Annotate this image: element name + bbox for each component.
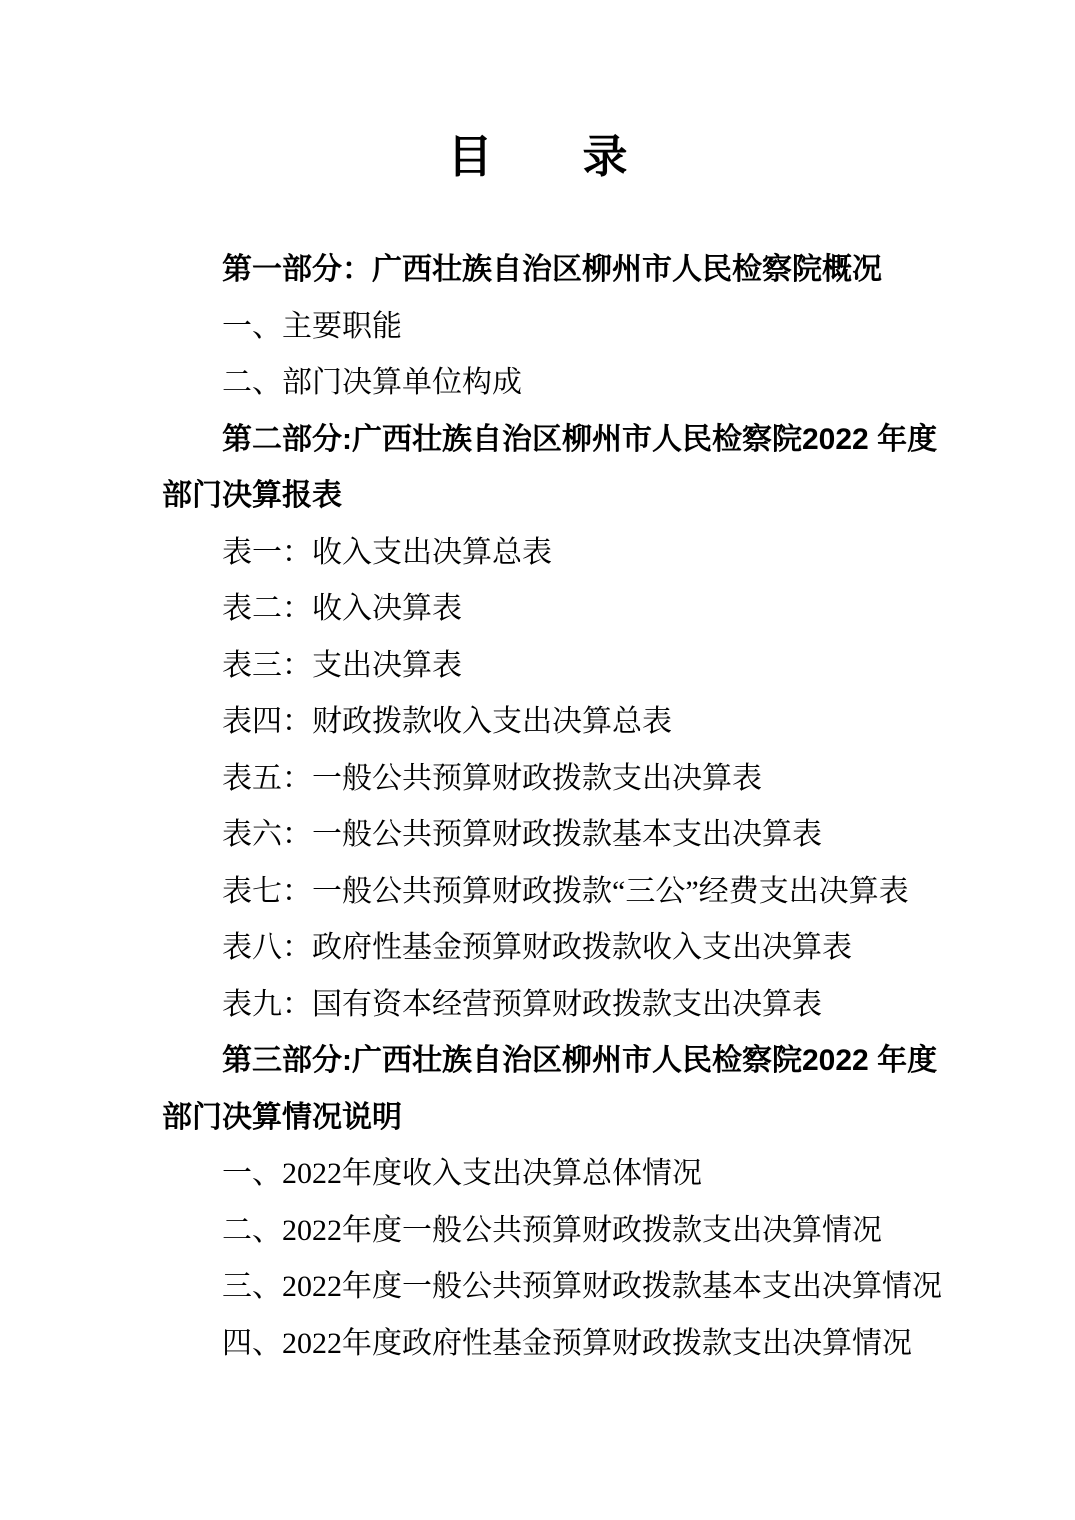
toc-line-table-6: 表六：一般公共预算财政拨款基本支出决算表: [162, 807, 917, 864]
page-title-char-2: 录: [583, 134, 628, 179]
toc-line-table-2: 表二：收入决算表: [162, 581, 917, 638]
toc-line-part2-heading-wrap: 部门决算报表: [162, 468, 917, 525]
document-page: 目 录 第一部分：广西壮族自治区柳州市人民检察院概况 一、主要职能 二、部门决算…: [0, 0, 1075, 1520]
page-title-char-1: 目: [447, 134, 492, 179]
toc-line-part1-heading: 第一部分：广西壮族自治区柳州市人民检察院概况: [162, 242, 917, 299]
toc-line-part3-item2: 二、2022年度一般公共预算财政拨款支出决算情况: [162, 1203, 917, 1260]
toc-line-table-8: 表八：政府性基金预算财政拨款收入支出决算表: [162, 920, 917, 977]
toc-line-part3-heading: 第三部分:广西壮族自治区柳州市人民检察院2022 年度: [162, 1033, 917, 1090]
toc-line-part3-item1: 一、2022年度收入支出决算总体情况: [162, 1146, 917, 1203]
toc-line-part1-item2: 二、部门决算单位构成: [162, 355, 917, 412]
toc-body: 第一部分：广西壮族自治区柳州市人民检察院概况 一、主要职能 二、部门决算单位构成…: [162, 242, 917, 1372]
toc-line-table-5: 表五：一般公共预算财政拨款支出决算表: [162, 751, 917, 808]
toc-line-table-9: 表九：国有资本经营预算财政拨款支出决算表: [162, 977, 917, 1034]
toc-line-table-1: 表一：收入支出决算总表: [162, 525, 917, 582]
toc-line-part1-item1: 一、主要职能: [162, 299, 917, 356]
page-title: 目 录: [0, 134, 1075, 179]
toc-line-part2-heading: 第二部分:广西壮族自治区柳州市人民检察院2022 年度: [162, 412, 917, 469]
toc-line-part3-heading-wrap: 部门决算情况说明: [162, 1090, 917, 1147]
toc-line-table-3: 表三：支出决算表: [162, 638, 917, 695]
toc-line-table-7: 表七：一般公共预算财政拨款“三公”经费支出决算表: [162, 864, 917, 921]
toc-line-table-4: 表四：财政拨款收入支出决算总表: [162, 694, 917, 751]
toc-line-part3-item4: 四、2022年度政府性基金预算财政拨款支出决算情况: [162, 1316, 917, 1373]
toc-line-part3-item3: 三、2022年度一般公共预算财政拨款基本支出决算情况: [162, 1259, 917, 1316]
